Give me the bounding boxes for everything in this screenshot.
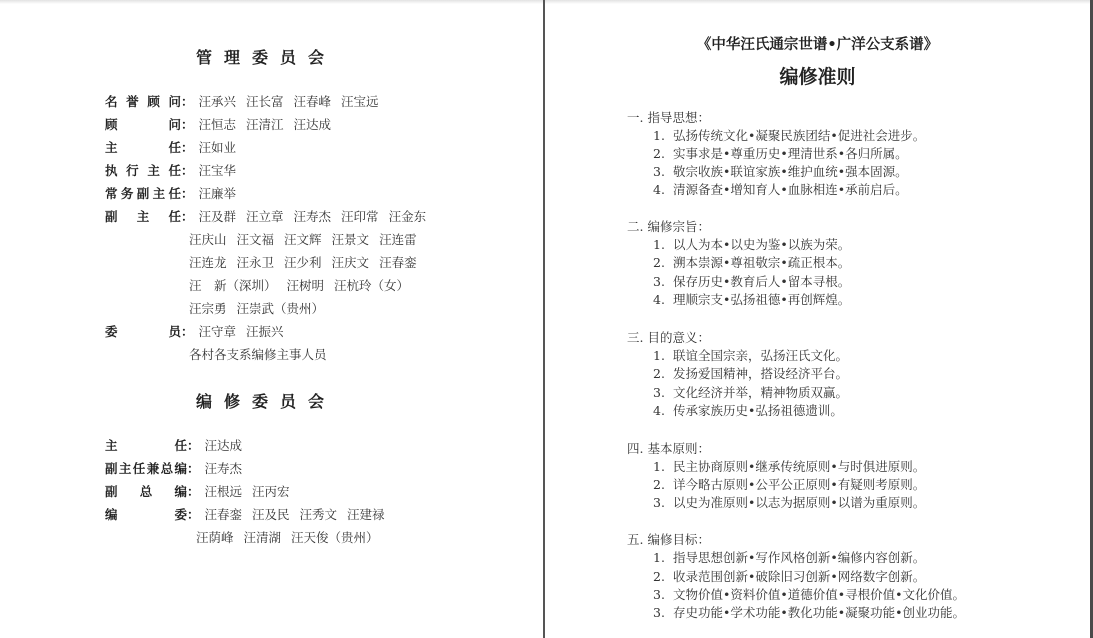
member-name: 汪宗勇	[189, 301, 227, 316]
member-name: 汪秀文	[300, 507, 338, 522]
member-name: 汪景文	[332, 232, 370, 247]
member-note: 各村各支系编修主事人员	[189, 347, 327, 362]
section-heading: 四. 基本原则：	[627, 439, 710, 457]
rule-item: 1.联谊全国宗亲，弘扬汪氏文化。	[653, 346, 848, 364]
rule-item: 3.敬宗收族•联谊家族•维护血统•强本固源。	[653, 162, 908, 180]
member-name: 汪恒志	[199, 117, 237, 132]
editorial-committee-title: 编修委员会	[196, 389, 336, 412]
committee-row: 常务副主任： 汪廉举	[105, 186, 246, 202]
section-heading: 二. 编修宗旨：	[627, 217, 710, 235]
member-name: 汪春銮	[205, 507, 243, 522]
member-name: 汪文辉	[284, 232, 322, 247]
committee-continuation: 汪连龙汪永卫汪少利汪庆文汪春銮	[189, 255, 427, 271]
rule-item: 4.理顺宗支•弘扬祖德•再创辉煌。	[653, 290, 850, 308]
member-name: 汪春銮	[379, 255, 417, 270]
role-label: 副主任	[105, 209, 181, 225]
member-name: 汪如业	[199, 140, 237, 155]
member-name: 汪根远	[205, 484, 243, 499]
member-name: 汪树明	[287, 278, 325, 293]
committee-row: 执行主任： 汪宝华	[105, 163, 246, 179]
rule-item: 1.弘扬传统文化•凝聚民族团结•促进社会进步。	[653, 126, 925, 144]
member-name: 汪寿杰	[205, 461, 243, 476]
section-heading: 三. 目的意义：	[627, 328, 710, 346]
member-name: 汪崇武（贵州）	[237, 301, 325, 316]
book-title: 《中华汪氏通宗世谱•广洋公支系谱》	[545, 33, 1090, 54]
role-label: 编委	[105, 507, 187, 523]
committee-row: 委员： 汪守章汪振兴	[105, 324, 294, 340]
committee-row: 主任： 汪如业	[105, 140, 246, 156]
rule-item: 4.清源备查•增知育人•血脉相连•承前启后。	[653, 180, 908, 198]
rule-item: 3.保存历史•教育后人•留本寻根。	[653, 272, 850, 290]
member-name: 汪天俊（贵州）	[291, 530, 379, 545]
member-name: 汪 新（深圳）	[189, 278, 277, 293]
role-label: 委员	[105, 324, 181, 340]
role-label: 顾问	[105, 117, 181, 133]
rules-title: 编修准则	[545, 62, 1090, 89]
rule-item: 3.存史功能•学术功能•教化功能•凝聚功能•创业功能。	[653, 603, 965, 621]
member-name: 汪清湖	[244, 530, 282, 545]
committee-continuation: 各村各支系编修主事人员	[189, 347, 337, 363]
rule-item: 4.传承家族历史•弘扬祖德遗训。	[653, 401, 843, 419]
committee-row: 副主任： 汪及群汪立章汪寿杰汪印常汪金东	[105, 209, 436, 225]
member-name: 汪达成	[294, 117, 332, 132]
member-name: 汪振兴	[246, 324, 284, 339]
member-name: 汪宝远	[341, 94, 379, 109]
member-name: 汪春峰	[294, 94, 332, 109]
committee-row: 副主任兼总编： 汪寿杰	[105, 461, 252, 477]
member-name: 汪建禄	[347, 507, 385, 522]
rule-item: 1.以人为本•以史为鉴•以族为荣。	[653, 235, 850, 253]
member-name: 汪宝华	[199, 163, 237, 178]
role-label: 常务副主任	[105, 186, 181, 202]
member-name: 汪守章	[199, 324, 237, 339]
member-name: 汪连龙	[189, 255, 227, 270]
committee-continuation: 汪 新（深圳）汪树明汪杭玲（女）	[189, 278, 419, 294]
member-name: 汪金东	[389, 209, 427, 224]
member-name: 汪永卫	[237, 255, 275, 270]
member-name: 汪廉举	[199, 186, 237, 201]
member-name: 汪少利	[284, 255, 322, 270]
rule-item: 2.发扬爱国精神，搭设经济平台。	[653, 364, 848, 382]
rule-item: 2.溯本崇源•尊祖敬宗•疏正根本。	[653, 253, 850, 271]
member-name: 汪承兴	[199, 94, 237, 109]
member-name: 汪丙宏	[252, 484, 290, 499]
role-label: 副总编	[105, 484, 187, 500]
rule-item: 3.以史为准原则•以志为据原则•以谱为重原则。	[653, 493, 925, 511]
committee-row: 顾问： 汪恒志汪清江汪达成	[105, 117, 341, 133]
member-name: 汪清江	[246, 117, 284, 132]
committee-continuation: 汪荫峰汪清湖汪天俊（贵州）	[196, 530, 389, 546]
rule-item: 1.指导思想创新•写作风格创新•编修内容创新。	[653, 548, 925, 566]
committee-continuation: 汪宗勇汪崇武（贵州）	[189, 301, 334, 317]
committee-row: 主任： 汪达成	[105, 438, 252, 454]
member-name: 汪印常	[341, 209, 379, 224]
member-name: 汪庆山	[189, 232, 227, 247]
rule-item: 2.详今略古原则•公平公正原则•有疑则考原则。	[653, 475, 925, 493]
committee-row: 副总编： 汪根远汪丙宏	[105, 484, 300, 500]
member-name: 汪杭玲（女）	[334, 278, 409, 293]
member-name: 汪文福	[237, 232, 275, 247]
member-name: 汪庆文	[332, 255, 370, 270]
role-label: 主任	[105, 438, 187, 454]
committee-row: 编委： 汪春銮汪及民汪秀文汪建禄	[105, 507, 395, 523]
member-name: 汪及群	[199, 209, 237, 224]
member-name: 汪长富	[246, 94, 284, 109]
rule-item: 1.民主协商原则•继承传统原则•与时俱进原则。	[653, 457, 925, 475]
member-name: 汪荫峰	[196, 530, 234, 545]
committee-continuation: 汪庆山汪文福汪文辉汪景文汪连雷	[189, 232, 427, 248]
role-label: 主任	[105, 140, 181, 156]
committee-row: 名誉顾问： 汪承兴汪长富汪春峰汪宝远	[105, 94, 389, 110]
rule-item: 2.收录范围创新•破除旧习创新•网络数字创新。	[653, 567, 925, 585]
section-heading: 一. 指导思想：	[627, 108, 710, 126]
section-heading: 五. 编修目标：	[627, 530, 710, 548]
member-name: 汪立章	[246, 209, 284, 224]
management-committee-title: 管理委员会	[196, 45, 336, 68]
member-name: 汪达成	[205, 438, 243, 453]
rule-item: 2.实事求是•尊重历史•理清世系•各归所属。	[653, 144, 908, 162]
role-label: 副主任兼总编	[105, 461, 187, 477]
rule-item: 3.文物价值•资料价值•道德价值•寻根价值•文化价值。	[653, 585, 965, 603]
role-label: 名誉顾问	[105, 94, 181, 110]
rule-item: 3.文化经济并举，精神物质双赢。	[653, 383, 848, 401]
member-name: 汪及民	[252, 507, 290, 522]
role-label: 执行主任	[105, 163, 181, 179]
member-name: 汪寿杰	[294, 209, 332, 224]
member-name: 汪连雷	[379, 232, 417, 247]
